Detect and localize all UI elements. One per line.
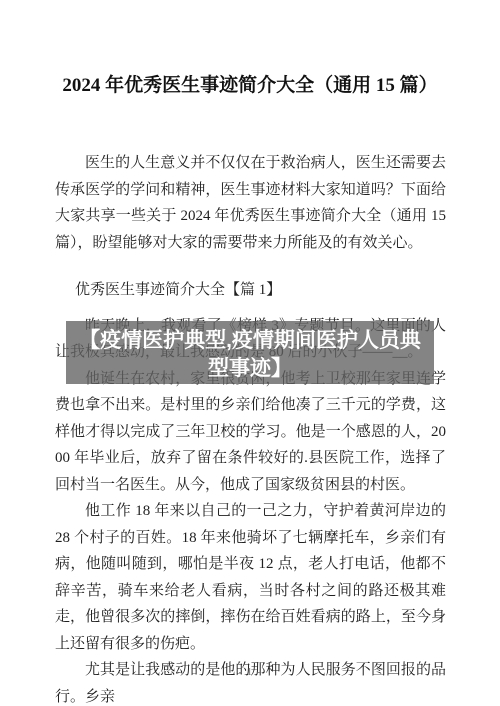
intro-paragraph: 医生的人生意义并不仅仅在于救治病人，医生还需要去传承医学的学问和精神，医生事迹材… — [55, 150, 446, 256]
document-title: 2024 年优秀医生事迹简介大全（通用 15 篇） — [45, 70, 455, 102]
document-page: 2024 年优秀医生事迹简介大全（通用 15 篇） 医生的人生意义并不仅仅在于救… — [0, 0, 500, 706]
watermark-overlay-banner[interactable]: 【疫情医护典型,疫情期间医护人员典型事迹】 — [66, 321, 434, 384]
body-paragraph: 他工作 18 年来以自己的一己之力，守护着黄河岸边的 28 个村子的百姓。18 … — [55, 498, 446, 657]
section-heading: 优秀医生事迹简介大全【篇 1】 — [55, 277, 446, 304]
document-body: 医生的人生意义并不仅仅在于救治病人，医生还需要去传承医学的学问和精神，医生事迹材… — [55, 150, 446, 706]
page-number: - 1 - — [0, 667, 500, 678]
body-paragraph: 他诞生在农村，家里很贫困，他考上卫校那年家里连学费也拿不出来。是村里的乡亲们给他… — [55, 366, 446, 499]
body-paragraph: 尤其是让我感动的是他的那种为人民服务不图回报的品行。乡亲 — [55, 657, 446, 706]
